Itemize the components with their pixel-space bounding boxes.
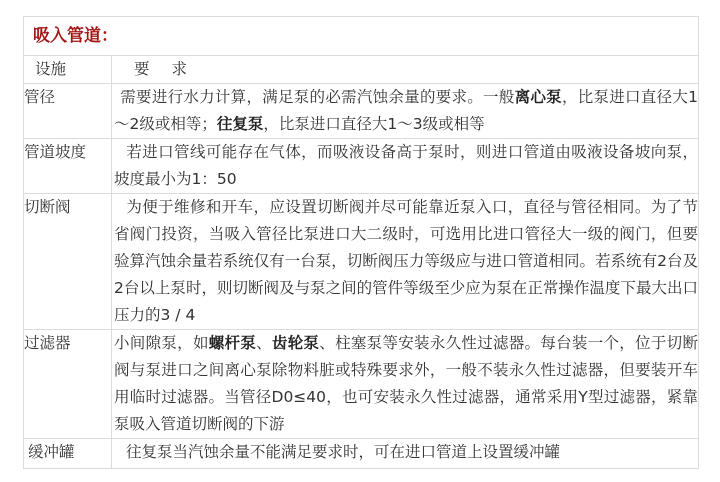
header-requirement: 要求	[112, 56, 699, 84]
header-req-char-1: 要	[134, 60, 150, 78]
facility-cell: 缓冲罐	[24, 439, 112, 469]
table-row: 缓冲罐 往复泵当汽蚀余量不能满足要求时，可在进口管道上设置缓冲罐	[24, 439, 699, 469]
table-row: 管道坡度 若进口管线可能存在气体，而吸液设备高于泵时，则进口管道由吸液设备坡向泵…	[24, 139, 699, 194]
title-cell: 吸入管道：	[24, 17, 699, 56]
table-row: 管径 需要进行水力计算，满足泵的必需汽蚀余量的要求。一般离心泵，比泵进口直径大1…	[24, 84, 699, 139]
text-run: 需要进行水力计算，满足泵的必需汽蚀余量的要求。一般	[120, 88, 515, 106]
text-run: 小间隙泵，如	[114, 334, 209, 352]
facility-cell: 管径	[24, 84, 112, 139]
facility-cell: 切断阀	[24, 194, 112, 330]
bold-term: 齿轮泵	[272, 334, 319, 352]
text-run: 、	[256, 334, 272, 352]
requirement-cell: 往复泵当汽蚀余量不能满足要求时，可在进口管道上设置缓冲罐	[112, 439, 699, 469]
facility-cell: 过滤器	[24, 330, 112, 439]
suction-pipe-table: 吸入管道： 设施 要求 管径 需要进行水力计算，满足泵的必需汽蚀余量的要求。一般…	[23, 16, 699, 469]
text-run: ，比泵进口直径大1～3级或相等	[263, 115, 484, 133]
table-row: 切断阀 为便于维修和开车，应设置切断阀并尽可能靠近泵入口，直径与管径相同。为了节…	[24, 194, 699, 330]
header-req-char-2: 求	[172, 60, 188, 78]
table-row: 过滤器 小间隙泵，如螺杆泵、齿轮泵、柱塞泵等安装永久性过滤器。每台装一个，位于切…	[24, 330, 699, 439]
section-title: 吸入管道：	[33, 26, 118, 46]
bold-term: 螺杆泵	[209, 334, 256, 352]
requirement-cell: 需要进行水力计算，满足泵的必需汽蚀余量的要求。一般离心泵，比泵进口直径大1～2级…	[112, 84, 699, 139]
requirement-cell: 若进口管线可能存在气体，而吸液设备高于泵时，则进口管道由吸液设备坡向泵，坡度最小…	[112, 139, 699, 194]
header-row: 设施 要求	[24, 56, 699, 84]
bold-term: 往复泵	[217, 115, 264, 133]
bold-term: 离心泵	[515, 88, 562, 106]
header-facility: 设施	[24, 56, 112, 84]
requirement-cell: 为便于维修和开车，应设置切断阀并尽可能靠近泵入口，直径与管径相同。为了节省阀门投…	[112, 194, 699, 330]
requirement-cell: 小间隙泵，如螺杆泵、齿轮泵、柱塞泵等安装永久性过滤器。每台装一个，位于切断阀与泵…	[112, 330, 699, 439]
text-run: 若进口管线可能存在气体，而吸液设备高于泵时，则进口管道由吸液设备坡向泵，坡度最小…	[114, 143, 698, 188]
text-run: 往复泵当汽蚀余量不能满足要求时，可在进口管道上设置缓冲罐	[126, 443, 560, 461]
text-run: 为便于维修和开车，应设置切断阀并尽可能靠近泵入口，直径与管径相同。为了节省阀门投…	[114, 198, 698, 324]
facility-cell: 管道坡度	[24, 139, 112, 194]
title-row: 吸入管道：	[24, 17, 699, 56]
